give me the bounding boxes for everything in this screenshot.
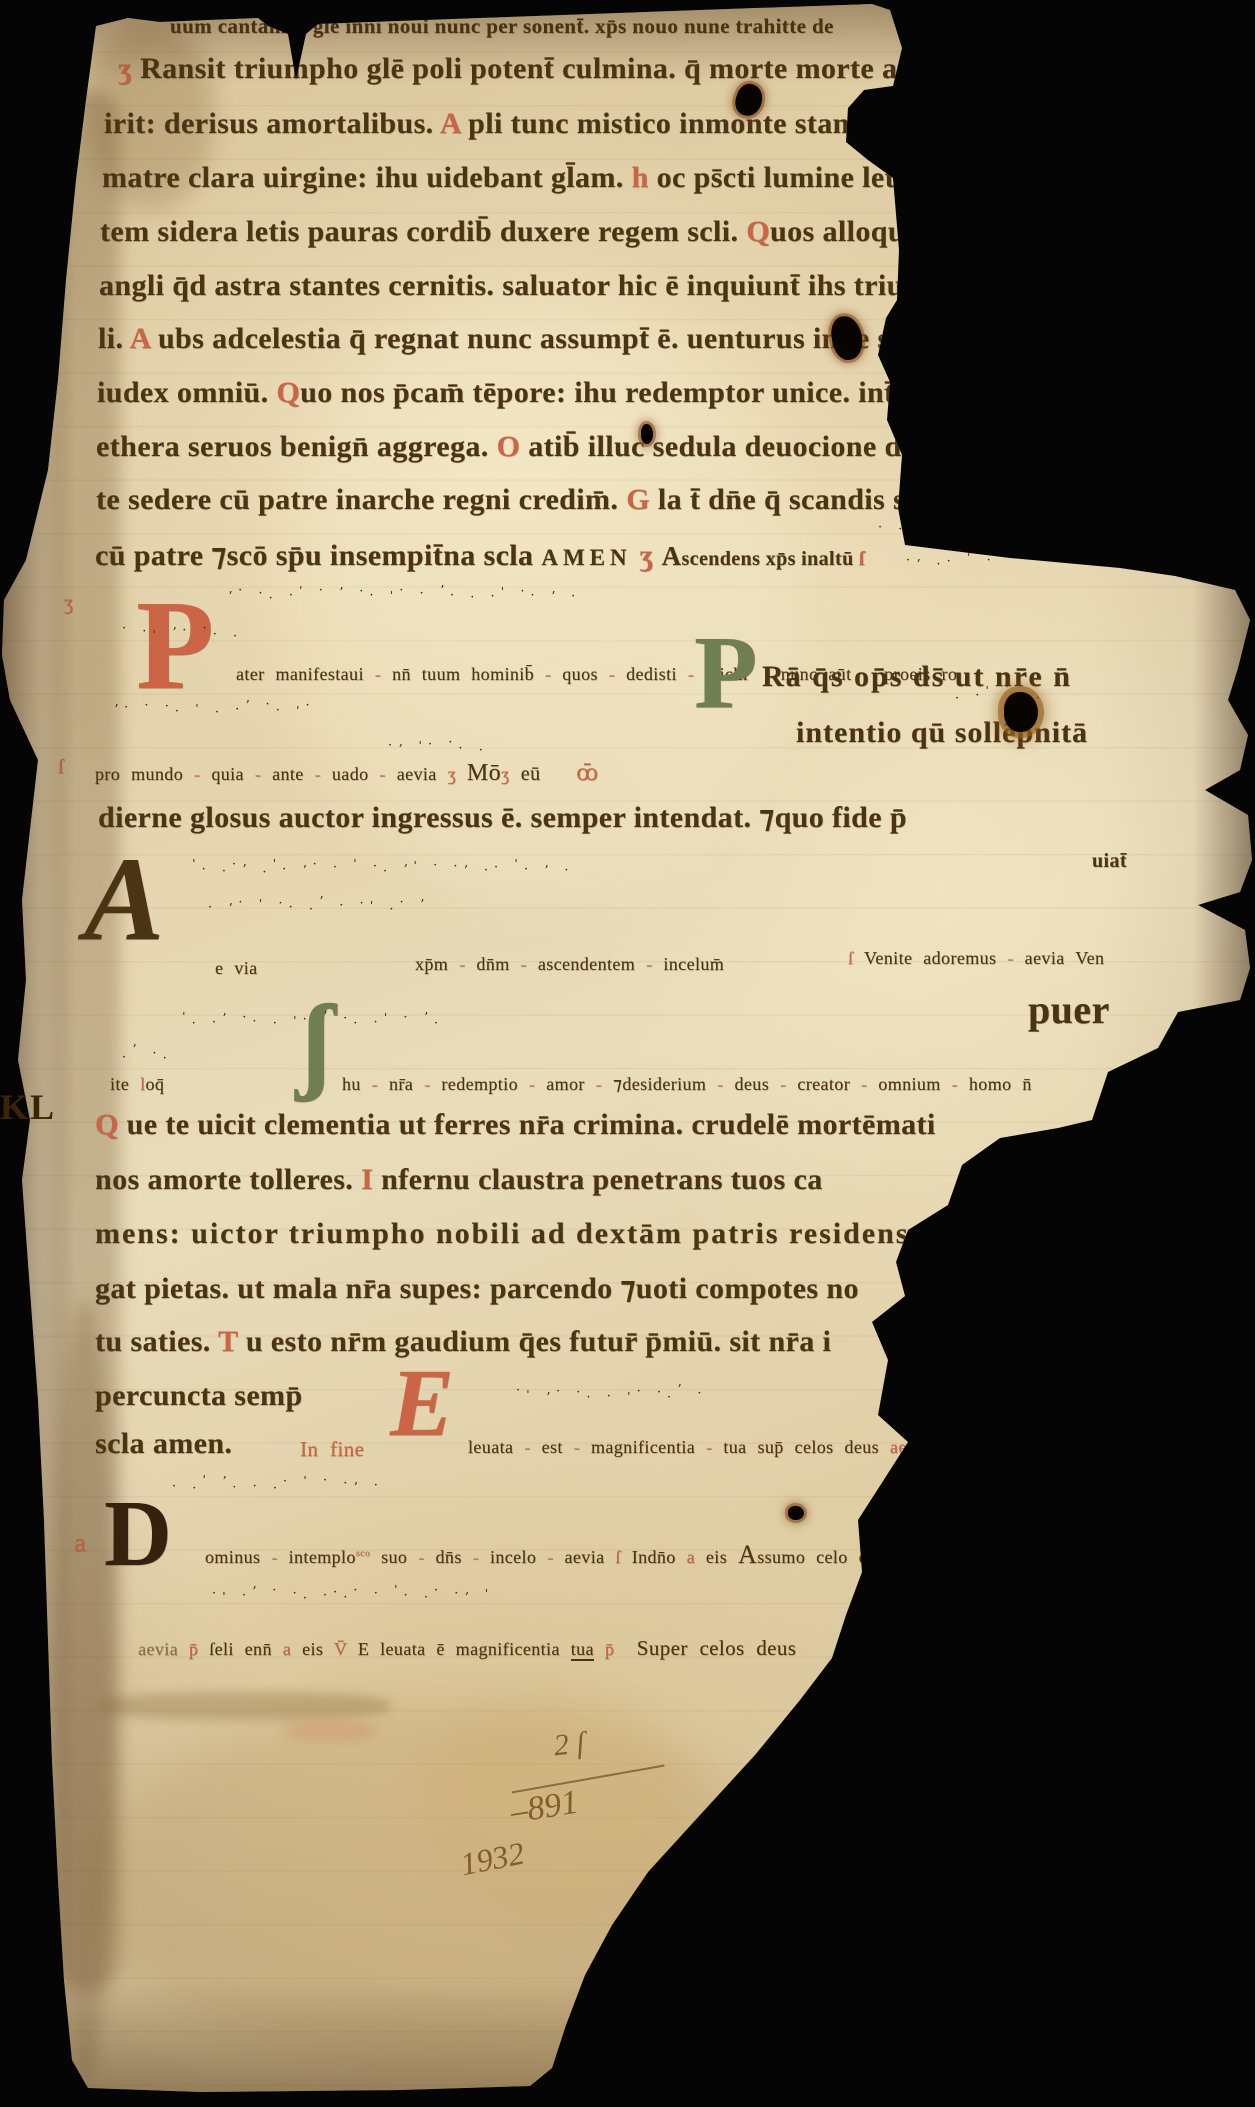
hole-small-2 xyxy=(788,1506,804,1520)
neume-row: · ·ˈ ʼ· · ·· ˈ · ·ʼ · xyxy=(172,1478,384,1493)
neume-mark xyxy=(349,900,359,915)
neume-mark xyxy=(444,1588,454,1603)
text-segment: nr̄a xyxy=(389,1074,413,1094)
neume-mark xyxy=(460,588,470,603)
text-segment: ſ xyxy=(859,548,865,570)
text-segment: ‑ xyxy=(850,1074,878,1094)
line-derisus: irit: derisus amortalibus. A pli tunc mi… xyxy=(104,107,921,141)
neume-mark xyxy=(232,1014,242,1029)
text-segment: suo xyxy=(370,1547,407,1567)
line-top-clipped: uum cantamus glē inni noui nunc per sone… xyxy=(170,14,834,39)
neume-mark: · xyxy=(289,900,299,915)
neume-mark xyxy=(948,520,958,535)
neume-mark: · xyxy=(484,863,494,878)
neume-mark: · xyxy=(531,588,541,603)
neume-mark xyxy=(293,1478,303,1493)
text-segment: ‑ xyxy=(413,1074,441,1094)
line-transit: ʒ Ransit triumpho glē poli potent̄ culmi… xyxy=(118,52,939,86)
neume-row: ˈ· ·ʼ ·· · ˈ· ʼ ·· ·ˈ · ʼ· xyxy=(182,1014,444,1029)
neume-mark: · xyxy=(657,1385,667,1400)
neume-mark xyxy=(364,1588,374,1603)
text-segment: ue te uicit clementia ut ferres nr̄a cri… xyxy=(127,1108,936,1141)
text-segment: irit: derisus amortalibus. xyxy=(104,107,440,140)
text-segment: e via xyxy=(215,958,257,978)
text-segment: tem sidera letis pauras cordib̄ duxere r… xyxy=(100,215,746,248)
neume-mark: ˈ xyxy=(501,586,511,601)
text-segment: tu saties. xyxy=(95,1325,218,1358)
neume-mark xyxy=(423,862,433,877)
text-segment: ante xyxy=(272,764,304,784)
neume-mark: · xyxy=(399,583,409,598)
neume-row: · ·ˈ ʼ· ·· · xyxy=(122,626,243,641)
text-segment: pro mundo xyxy=(95,764,183,784)
neume-mark: ˈ xyxy=(182,1011,192,1026)
neume-mark xyxy=(687,1388,697,1403)
neume-mark: · xyxy=(273,1481,283,1496)
neume-mark: ˈ xyxy=(485,1588,495,1603)
neume-mark xyxy=(534,862,544,877)
neume-mark: · xyxy=(202,862,212,877)
neume-mark: · xyxy=(323,1588,333,1603)
text-segment: ‑ xyxy=(510,954,538,974)
neume-mark: · xyxy=(571,589,581,604)
neume-mark xyxy=(926,556,936,571)
neume-mark: · xyxy=(283,1474,293,1489)
text-segment: Q xyxy=(95,1108,127,1141)
text-segment: ‑ xyxy=(518,1074,546,1094)
text-segment: Vne d̄ xyxy=(940,1437,992,1457)
text-segment: quos xyxy=(562,664,598,684)
neume-mark: ʼ xyxy=(551,590,561,605)
text-segment: magnificentia xyxy=(591,1437,695,1457)
neume-mark xyxy=(363,1014,373,1029)
neume-mark: ˈ xyxy=(273,858,283,873)
neume-row: ʼ· · ·· ˈ · ·ʼ ·· ˈ· xyxy=(114,702,316,717)
neume-mark: · xyxy=(453,859,463,874)
neume-mark: · xyxy=(235,702,245,717)
chant-eleuata-1: leuata ‑ est ‑ magnificentia ‑ tua sup̄ … xyxy=(468,1437,992,1458)
neume-mark: · xyxy=(434,1583,444,1598)
text-segment: ‑ xyxy=(941,1074,969,1094)
neume-mark: ʼ xyxy=(222,1475,232,1490)
text-segment: G xyxy=(626,483,658,516)
text-segment: a xyxy=(272,1639,302,1659)
neume-mark: · xyxy=(697,1386,707,1401)
neume-mark xyxy=(554,862,564,877)
neume-mark: ˈ xyxy=(296,705,306,720)
neume-mark: ˈ xyxy=(303,1475,313,1490)
neume-mark: ˈ xyxy=(192,858,202,873)
neume-mark: · xyxy=(434,1016,444,1031)
neume-mark xyxy=(248,588,258,603)
neume-mark xyxy=(299,900,309,915)
neume-mark: · xyxy=(929,518,939,533)
text-segment: ‑ xyxy=(585,1074,613,1094)
text-segment: T xyxy=(218,1325,246,1358)
neume-mark: ʼ xyxy=(398,743,408,758)
neume-mark: · xyxy=(491,589,501,604)
text-segment: aevia xyxy=(565,1547,605,1567)
neume-mark: ˈ xyxy=(370,900,380,915)
neume-mark: ˈ xyxy=(152,629,162,644)
neume-mark xyxy=(182,1478,192,1493)
neume-row: · ·· ·ˈ ·· ʼ · xyxy=(878,520,1019,535)
neume-mark xyxy=(132,626,142,641)
neume-mark: · xyxy=(122,621,132,636)
text-segment: scla amen. xyxy=(95,1427,232,1460)
neume-mark: · xyxy=(289,588,299,603)
text-segment: aevia xyxy=(879,1437,940,1457)
text-segment: redemptio xyxy=(441,1074,518,1094)
neume-mark: · xyxy=(232,857,242,872)
neume-mark: · xyxy=(969,517,979,532)
neume-mark xyxy=(162,626,172,641)
neume-mark xyxy=(414,1588,424,1603)
neume-mark: · xyxy=(306,698,316,713)
neume-mark xyxy=(223,626,233,641)
neume-mark xyxy=(185,702,195,717)
neume-mark xyxy=(262,1588,272,1603)
text-segment: D xyxy=(104,1482,172,1586)
text-segment: a xyxy=(676,1547,706,1567)
neume-mark: · xyxy=(293,1586,303,1601)
text-segment: Ven xyxy=(1075,948,1104,968)
text-segment: Venite adoremus xyxy=(864,948,996,968)
text-segment: ‑ xyxy=(635,954,663,974)
text-segment: Indn̄o xyxy=(632,1547,676,1567)
chant-xpm: xp̄m ‑ dn̄m ‑ ascendentem ‑ incelum̄ xyxy=(415,954,724,975)
neume-mark: ˈ xyxy=(985,685,995,700)
neume-mark: · xyxy=(278,896,288,911)
neume-mark: · xyxy=(975,688,985,703)
text-segment: E leuata ē magnificentia xyxy=(358,1639,571,1659)
text-segment: ‑ xyxy=(369,764,397,784)
initial-E-red: E xyxy=(390,1366,454,1441)
text-segment: ethera seruos benign̄ aggrega. xyxy=(96,430,497,463)
text-segment: la t̄ dn̄e q̄ scandis sup̄ s xyxy=(658,483,959,516)
neume-mark: · xyxy=(266,697,276,712)
text-segment: A xyxy=(84,832,164,965)
neume-mark xyxy=(212,862,222,877)
neume-mark: · xyxy=(433,858,443,873)
text-segment: amor xyxy=(546,1074,585,1094)
text-segment: te sedere cū patre inarche regni credim̄… xyxy=(96,483,626,516)
neume-mark: ʼ xyxy=(228,902,238,917)
neume-mark xyxy=(329,900,339,915)
line-uiat: uiat̄ xyxy=(1092,850,1127,873)
neume-mark xyxy=(364,1478,374,1493)
neume-mark xyxy=(268,900,278,915)
neume-mark xyxy=(225,702,235,717)
neume-mark xyxy=(313,1478,323,1493)
neume-mark: ˈ xyxy=(627,1391,637,1406)
line-pietas: gat pietas. ut mala nr̄a supes: parcendo… xyxy=(95,1271,859,1306)
neume-mark: ʼ xyxy=(353,1481,363,1496)
text-segment: intentio qū sollēpnitā xyxy=(796,716,1088,749)
neume-mark: · xyxy=(494,860,504,875)
neume-mark: · xyxy=(309,902,319,917)
text-segment: A xyxy=(738,1540,757,1569)
neume-mark: · xyxy=(667,1390,677,1405)
text-segment: leuata xyxy=(468,1437,513,1457)
neume-mark: ˈ xyxy=(299,585,309,600)
neume-mark xyxy=(363,862,373,877)
neume-mark xyxy=(343,862,353,877)
neume-mark: · xyxy=(353,1016,363,1031)
neume-mark xyxy=(142,1048,152,1063)
neume-mark xyxy=(380,588,390,603)
neume-mark xyxy=(561,588,571,603)
neume-mark: ʼ xyxy=(319,895,329,910)
neume-mark: · xyxy=(319,583,329,598)
neume-mark: · xyxy=(165,699,175,714)
text-segment: ‑ xyxy=(361,1074,389,1094)
neume-mark xyxy=(510,588,520,603)
text-segment: ſ xyxy=(605,1547,632,1567)
text-segment: li. xyxy=(98,322,130,355)
neume-mark xyxy=(134,702,144,717)
text-segment: gat pietas. ut mala nr̄a supes: parcendo… xyxy=(95,1272,859,1305)
line-sclaamen: scla amen. xyxy=(95,1427,232,1461)
neume-mark xyxy=(999,520,1009,535)
neume-mark: ʼ xyxy=(464,864,474,879)
neume-mark xyxy=(995,688,1005,703)
neume-mark: ˈ xyxy=(390,590,400,605)
chant-ihu: hu ‑ nr̄a ‑ redemptio ‑ amor ‑ ⁊desideri… xyxy=(342,1074,1032,1095)
neume-mark xyxy=(976,556,986,571)
text-segment: V̄ xyxy=(323,1639,358,1659)
neume-mark xyxy=(480,588,490,603)
neume-mark xyxy=(232,1588,242,1603)
text-segment: incelo xyxy=(490,1547,536,1567)
text-segment: uum cantamus glē inni noui nunc per sone… xyxy=(170,14,834,38)
neume-mark: · xyxy=(242,1010,252,1025)
neume-mark: ʼ xyxy=(132,1043,142,1058)
text-segment: ‑ xyxy=(706,1074,734,1094)
neume-mark xyxy=(475,1588,485,1603)
text-segment: I xyxy=(361,1163,381,1196)
neume-mark: · xyxy=(152,1046,162,1061)
text-segment: A xyxy=(130,322,158,355)
neume-mark xyxy=(443,862,453,877)
neume-mark: · xyxy=(424,1590,434,1605)
text-segment: ‑ xyxy=(695,1437,723,1457)
neume-mark: · xyxy=(272,1583,282,1598)
neume-mark: · xyxy=(212,1015,222,1030)
neume-mark: · xyxy=(400,895,410,910)
text-segment: creator xyxy=(797,1074,850,1094)
neume-mark: · xyxy=(222,864,232,879)
text-segment: tua xyxy=(571,1639,594,1661)
neume-mark: · xyxy=(908,515,918,530)
text-segment: nfernu claustra penetrans tuos ca xyxy=(381,1163,823,1196)
neume-mark: · xyxy=(470,590,480,605)
line-quete: Q ue te uicit clementia ut ferres nr̄a c… xyxy=(95,1108,936,1142)
text-segment: uo nos p̄cam̄ tēpore: ihu redemptor unic… xyxy=(300,376,947,409)
neume-mark: · xyxy=(333,1585,343,1600)
neume-mark xyxy=(647,1388,657,1403)
text-segment: nos amorte tolleres. xyxy=(95,1163,361,1196)
neume-mark: · xyxy=(343,1011,353,1026)
line-celestia: li. A ubs adcelestia q̄ regnat nunc assu… xyxy=(98,322,954,356)
neume-mark: · xyxy=(458,741,468,756)
neume-mark: · xyxy=(142,624,152,639)
neume-mark xyxy=(313,1588,323,1603)
neume-mark: · xyxy=(252,1014,262,1029)
neume-mark: · xyxy=(607,1389,617,1404)
text-segment: eū xyxy=(509,763,540,785)
neume-mark xyxy=(957,556,967,571)
neume-mark: · xyxy=(343,1590,353,1605)
text-segment: ater manifestaui xyxy=(236,664,364,684)
neume-mark: ʼ xyxy=(546,1391,556,1406)
text-segment: ʃ xyxy=(300,984,333,1103)
neume-mark xyxy=(333,1478,343,1493)
text-segment: ſ xyxy=(848,948,864,968)
neume-mark xyxy=(202,1014,212,1029)
neume-mark xyxy=(384,1588,394,1603)
neume-mark: · xyxy=(208,900,218,915)
neume-mark: · xyxy=(203,621,213,636)
neume-mark xyxy=(329,588,339,603)
neume-mark: · xyxy=(898,522,908,537)
text-segment: ‑ xyxy=(534,664,562,684)
neume-mark: · xyxy=(333,860,343,875)
neume-mark: · xyxy=(175,704,185,719)
text-segment: A xyxy=(440,107,468,140)
neume-mark: · xyxy=(448,735,458,750)
line-angli: angli q̄d astra stantes cernitis. saluat… xyxy=(99,269,979,303)
text-segment: ⁊desiderium xyxy=(613,1074,706,1094)
neume-mark xyxy=(313,1014,323,1029)
margin-mark-1: ʒ xyxy=(64,592,73,615)
neume-mark xyxy=(323,862,333,877)
neume-mark: ʼ xyxy=(464,1591,474,1606)
neume-mark: · xyxy=(172,1479,182,1494)
neume-mark: ˈ xyxy=(195,703,205,718)
neume-mark: · xyxy=(122,1050,132,1065)
neume-row: ʼ· ·· ·ˈ · ʼ ·· ˈ· · ʼ· · ·ˈ ·· ʼ · xyxy=(228,588,581,603)
neume-mark: · xyxy=(273,1016,283,1031)
text-segment: ſeli enn̄ xyxy=(209,1639,272,1659)
text-segment: ascendentem xyxy=(538,954,635,974)
neume-mark xyxy=(414,1014,424,1029)
neume-mark: ʼ xyxy=(544,864,554,879)
kl-margin-mark: KL xyxy=(0,1086,56,1128)
chant-evia: e via xyxy=(215,958,257,979)
neume-mark xyxy=(566,1388,576,1403)
text-segment: ‑ xyxy=(448,954,476,974)
neume-row: ·ʼ ·· xyxy=(122,1048,173,1063)
neume-mark: · xyxy=(233,629,243,644)
text-segment: ‑ xyxy=(536,1547,564,1567)
neume-mark: ʼ xyxy=(424,1011,434,1026)
text-segment: ‑ xyxy=(183,764,211,784)
neume-mark: · xyxy=(388,738,398,753)
neume-mark: · xyxy=(428,737,438,752)
text-segment: In fine xyxy=(300,1437,364,1461)
neume-row: ·ʼ ˈ· ·· · xyxy=(388,740,489,755)
neume-mark xyxy=(349,588,359,603)
neume-mark: · xyxy=(450,588,460,603)
text-segment: angli q̄d astra stantes cernitis. saluat… xyxy=(99,269,979,302)
chant-eleuata-2: aevia p̄ ſeli enn̄ a eis V̄ E leuata ē m… xyxy=(138,1636,796,1661)
text-segment: oc ps̄cti lumine letā xyxy=(657,161,911,194)
line-mens: mens: uictor triumpho nobili ad dextām p… xyxy=(95,1217,909,1251)
neume-mark: ʼ xyxy=(222,1012,232,1027)
neume-mark: · xyxy=(373,859,383,874)
neume-mark: ʼ xyxy=(302,864,312,879)
line-tolleres: nos amorte tolleres. I nfernu claustra p… xyxy=(95,1163,823,1197)
margin-mark-2: ſ xyxy=(58,756,64,779)
photo-stage: uum cantamus glē inni noui nunc per sone… xyxy=(0,0,1255,2107)
text-segment: aevia xyxy=(1025,948,1076,968)
neume-mark xyxy=(205,702,215,717)
neume-mark: · xyxy=(906,553,916,568)
neume-mark: · xyxy=(303,1591,313,1606)
neume-mark: · xyxy=(420,586,430,601)
text-segment: hu xyxy=(342,1074,361,1094)
neume-mark: · xyxy=(238,895,248,910)
neume-mark: · xyxy=(524,862,534,877)
text-segment: a xyxy=(74,1528,86,1557)
hole-small-1 xyxy=(641,424,653,444)
text-segment: tua xyxy=(723,1437,746,1457)
initial-P-green: P xyxy=(694,632,758,713)
text-segment: P xyxy=(136,574,215,716)
neume-mark: · xyxy=(213,627,223,642)
text-segment: uiat̄ xyxy=(1092,850,1127,872)
text-segment: mens: uictor triumpho nobili ad dextām p… xyxy=(95,1217,909,1250)
neume-mark xyxy=(192,626,202,641)
neume-mark xyxy=(309,588,319,603)
neume-mark xyxy=(333,1014,343,1029)
text-segment: ssumo celo egressio eius xyxy=(757,1547,962,1567)
chant-promundo: pro mundo ‑ quia ‑ ante ‑ uado ‑ aevia ʒ… xyxy=(95,760,599,787)
initial-A-ink: A xyxy=(84,852,164,946)
neume-mark xyxy=(379,900,389,915)
text-segment: A xyxy=(662,541,682,571)
text-segment: xp̄m xyxy=(415,954,448,974)
neume-mark xyxy=(218,900,228,915)
neume-mark xyxy=(286,702,296,717)
neume-mark xyxy=(430,588,440,603)
text-segment: percuncta semp̄ xyxy=(95,1379,303,1412)
text-segment: incelum̄ xyxy=(663,954,724,974)
neume-mark: · xyxy=(878,520,888,535)
neume-row: ·ˈ ·ʼ · ·· ···· · ˈ· ·· ·ʼ ˈ xyxy=(212,1588,494,1603)
text-segment: ‑ xyxy=(407,1547,435,1567)
neume-mark: · xyxy=(556,1384,566,1399)
text-segment: ʒ xyxy=(437,764,467,784)
text-segment: ‑ xyxy=(598,664,626,684)
line-amen: cū patre ⁊scō sp̄u insempit̄na scla amen… xyxy=(95,537,865,574)
neume-mark: · xyxy=(359,584,369,599)
neume-mark xyxy=(292,862,302,877)
neume-mark xyxy=(212,1478,222,1493)
neume-mark xyxy=(409,588,419,603)
text-segment: omnium xyxy=(878,1074,940,1094)
text-segment: ʒ xyxy=(118,52,140,85)
text-segment: aevia xyxy=(138,1639,178,1659)
neume-mark: ʼ xyxy=(440,584,450,599)
margin-a-red: a xyxy=(74,1528,86,1558)
text-segment: ꝏ̄ xyxy=(540,760,598,785)
parchment-leaf: uum cantamus glē inni noui nunc per sone… xyxy=(0,0,1255,2107)
text-segment: p̄ xyxy=(178,1639,209,1659)
neume-mark: · xyxy=(955,691,965,706)
neume-mark: · xyxy=(339,898,349,913)
